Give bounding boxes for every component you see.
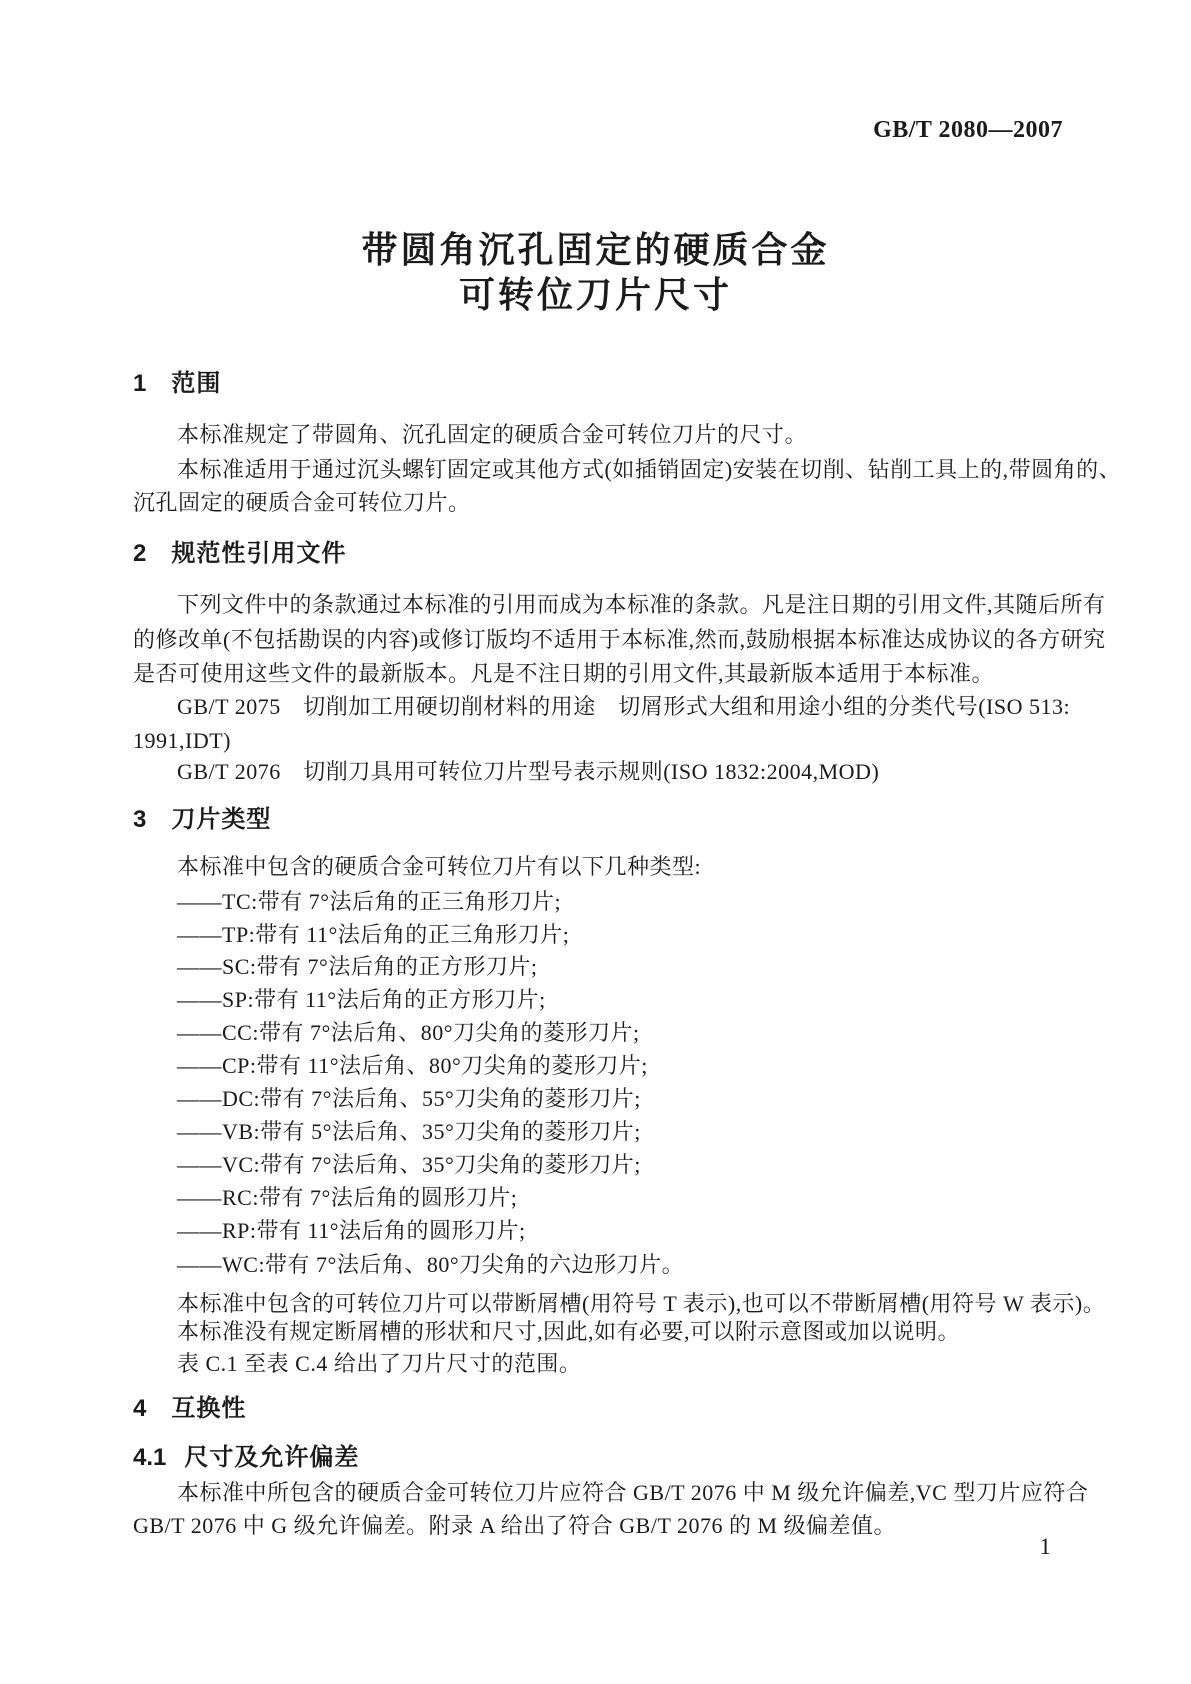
insert-type-item: ——SC:带有 7°法后角的正方形刀片; [177, 953, 537, 981]
section-label: 互换性 [171, 1395, 246, 1422]
section-number: 3 [133, 806, 146, 835]
section-4-1-heading: 4.1尺寸及允许偏差 [133, 1444, 359, 1473]
insert-type-item: ——CC:带有 7°法后角、80°刀尖角的菱形刀片; [177, 1019, 640, 1047]
insert-type-item: ——WC:带有 7°法后角、80°刀尖角的六边形刀片。 [177, 1251, 684, 1279]
paragraph: 本标准没有规定断屑槽的形状和尺寸,因此,如有必要,可以附示意图或加以说明。 [177, 1318, 960, 1346]
reference-entry: GB/T 2075 切削加工用硬切削材料的用途 切屑形式大组和用途小组的分类代号… [177, 693, 1070, 721]
paragraph: GB/T 2076 中 G 级允许偏差。附录 A 给出了符合 GB/T 2076… [133, 1512, 896, 1540]
section-label: 尺寸及允许偏差 [184, 1444, 359, 1471]
standard-code: GB/T 2080—2007 [873, 117, 1063, 144]
section-4-heading: 4互换性 [133, 1395, 246, 1424]
paragraph: 本标准中包含的可转位刀片可以带断屑槽(用符号 T 表示),也可以不带断屑槽(用符… [177, 1290, 1105, 1318]
reference-entry: GB/T 2076 切削刀具用可转位刀片型号表示规则(ISO 1832:2004… [177, 758, 879, 786]
document-page: GB/T 2080—2007 带圆角沉孔固定的硬质合金 可转位刀片尺寸 1范围 … [0, 0, 1191, 1684]
insert-type-item: ——RP:带有 11°法后角的圆形刀片; [177, 1217, 526, 1245]
paragraph: 本标准中所包含的硬质合金可转位刀片应符合 GB/T 2076 中 M 级允许偏差… [177, 1479, 1088, 1507]
paragraph: 表 C.1 至表 C.4 给出了刀片尺寸的范围。 [177, 1350, 581, 1378]
section-1-heading: 1范围 [133, 370, 221, 399]
insert-type-item: ——VC:带有 7°法后角、35°刀尖角的菱形刀片; [177, 1151, 641, 1179]
paragraph: 本标准规定了带圆角、沉孔固定的硬质合金可转位刀片的尺寸。 [177, 421, 807, 449]
section-number: 2 [133, 540, 146, 569]
section-2-heading: 2规范性引用文件 [133, 540, 346, 569]
paragraph: 本标准中包含的硬质合金可转位刀片有以下几种类型: [177, 853, 701, 881]
paragraph: 下列文件中的条款通过本标准的引用而成为本标准的条款。凡是注日期的引用文件,其随后… [177, 591, 1106, 619]
insert-type-item: ——TP:带有 11°法后角的正三角形刀片; [177, 921, 569, 949]
doc-title-line-2: 可转位刀片尺寸 [0, 273, 1191, 316]
insert-type-item: ——CP:带有 11°法后角、80°刀尖角的菱形刀片; [177, 1052, 648, 1080]
reference-entry-continuation: 1991,IDT) [133, 727, 231, 755]
section-3-heading: 3刀片类型 [133, 806, 271, 835]
insert-type-item: ——DC:带有 7°法后角、55°刀尖角的菱形刀片; [177, 1085, 641, 1113]
paragraph: 是否可使用这些文件的最新版本。凡是不注日期的引用文件,其最新版本适用于本标准。 [133, 660, 994, 688]
insert-type-item: ——RC:带有 7°法后角的圆形刀片; [177, 1184, 517, 1212]
section-number: 4 [133, 1395, 146, 1424]
section-label: 刀片类型 [171, 806, 271, 833]
insert-type-item: ——SP:带有 11°法后角的正方形刀片; [177, 986, 546, 1014]
section-number: 1 [133, 370, 146, 399]
insert-type-item: ——TC:带有 7°法后角的正三角形刀片; [177, 888, 561, 916]
section-number: 4.1 [133, 1444, 166, 1473]
insert-type-item: ——VB:带有 5°法后角、35°刀尖角的菱形刀片; [177, 1118, 641, 1146]
paragraph: 的修改单(不包括勘误的内容)或修订版均不适用于本标准,然而,鼓励根据本标准达成协… [133, 626, 1106, 654]
section-label: 范围 [171, 370, 221, 397]
paragraph: 本标准适用于通过沉头螺钉固定或其他方式(如插销固定)安装在切削、钻削工具上的,带… [177, 456, 1121, 484]
page-number: 1 [1040, 1533, 1052, 1561]
paragraph: 沉孔固定的硬质合金可转位刀片。 [133, 489, 471, 517]
doc-title-line-1: 带圆角沉孔固定的硬质合金 [0, 228, 1191, 271]
section-label: 规范性引用文件 [171, 540, 346, 567]
